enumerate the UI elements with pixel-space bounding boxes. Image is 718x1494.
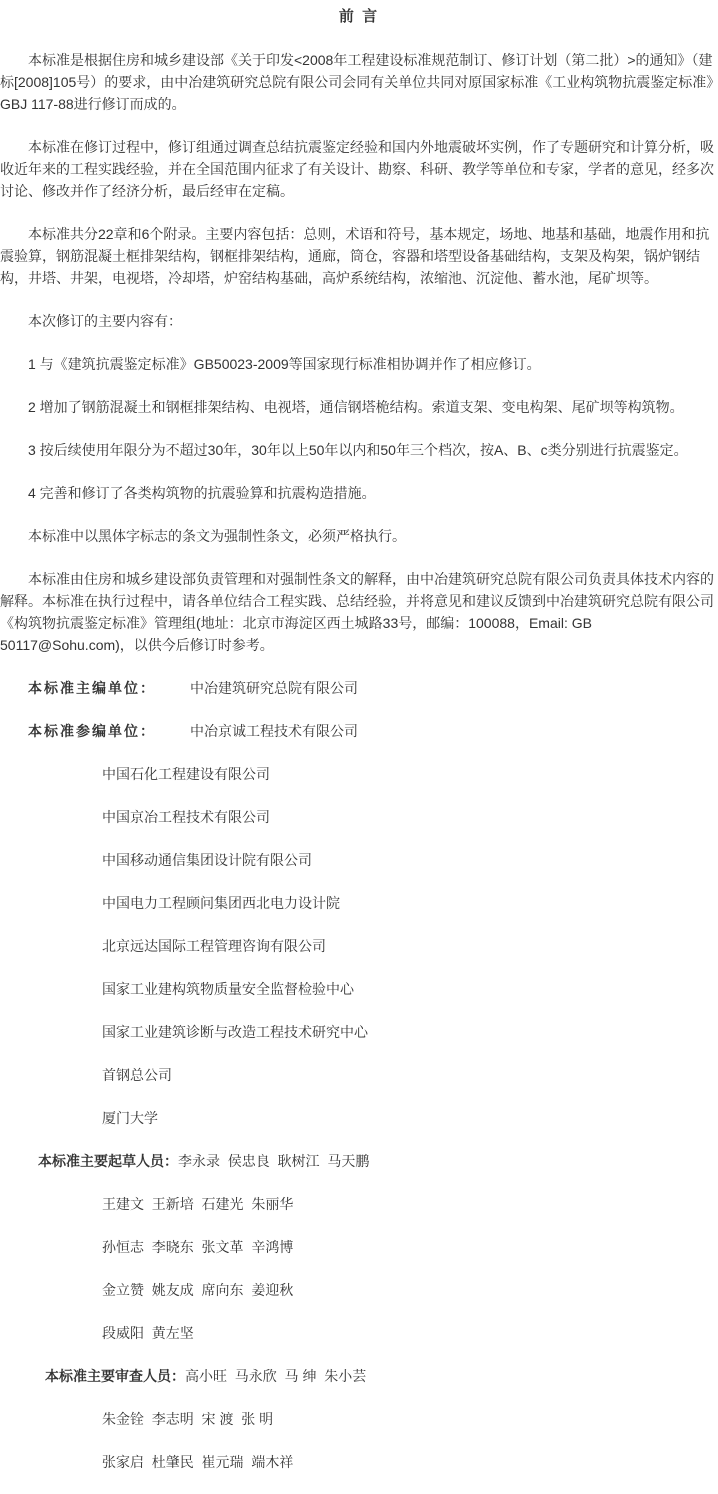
revision-heading: 本次修订的主要内容有： [0, 310, 718, 332]
revision-item: 2 增加了钢筋混凝土和钢框排架结构、电视塔，通信钢塔桅结构。索道支架、变电构架、… [0, 396, 718, 418]
co-editor-value: 中冶京诚工程技术有限公司 [190, 723, 358, 739]
participating-unit: 中国石化工程建设有限公司 [0, 763, 718, 785]
management-paragraph: 本标准由住房和城乡建设部负责管理和对强制性条文的解释，由中冶建筑研究总院有限公司… [0, 568, 718, 656]
participating-unit: 中国移动通信集团设计院有限公司 [0, 849, 718, 871]
intro-paragraph: 本标准是根据住房和城乡建设部《关于印发<2008年工程建设标准规范制订、修订计划… [0, 49, 718, 115]
revision-item: 3 按后续使用年限分为不超过30年，30年以上50年以内和50年三个档次，按A、… [0, 439, 718, 461]
drafters-names-row: 孙恒志 李晓东 张文革 辛鸿博 [0, 1236, 718, 1258]
reviewers-label: 本标准主要审查人员： [45, 1368, 185, 1384]
revision-item: 4 完善和修订了各类构筑物的抗震验算和抗震构造措施。 [0, 482, 718, 504]
participating-unit: 中国电力工程顾问集团西北电力设计院 [0, 892, 718, 914]
participating-unit: 国家工业建构筑物质量安全监督检验中心 [0, 978, 718, 1000]
drafters-names-row: 金立赞 姚友成 席向东 姜迎秋 [0, 1279, 718, 1301]
intro-paragraph: 本标准共分22章和6个附录。主要内容包括：总则，术语和符号，基本规定，场地、地基… [0, 223, 718, 289]
chief-editor-label: 本标准主编单位： [28, 680, 156, 696]
mandatory-clause-note: 本标准中以黑体字标志的条文为强制性条文，必须严格执行。 [0, 525, 718, 547]
chief-editor-line: 本标准主编单位：中冶建筑研究总院有限公司 [0, 677, 718, 699]
co-editor-line: 本标准参编单位：中冶京诚工程技术有限公司 [0, 720, 718, 742]
drafters-first-names: 李永录 侯忠良 耿树江 马天鹏 [178, 1153, 369, 1169]
co-editor-label: 本标准参编单位： [28, 723, 156, 739]
participating-unit: 国家工业建筑诊断与改造工程技术研究中心 [0, 1021, 718, 1043]
reviewers-names-row: 张家启 杜肇民 崔元瑞 端木祥 [0, 1451, 718, 1473]
reviewers-first-names: 高小旺 马永欣 马 绅 朱小芸 [185, 1368, 366, 1384]
drafters-names-row: 段威阳 黄左坚 [0, 1322, 718, 1344]
participating-unit: 厦门大学 [0, 1107, 718, 1129]
page-title: 前 言 [0, 8, 718, 26]
drafters-heading-line: 本标准主要起草人员：李永录 侯忠良 耿树江 马天鹏 [0, 1150, 718, 1172]
drafters-label: 本标准主要起草人员： [38, 1153, 178, 1169]
drafters-names-row: 王建文 王新培 石建光 朱丽华 [0, 1193, 718, 1215]
reviewers-names-row: 朱金铨 李志明 宋 渡 张 明 [0, 1408, 718, 1430]
participating-unit: 中国京冶工程技术有限公司 [0, 806, 718, 828]
chief-editor-value: 中冶建筑研究总院有限公司 [190, 680, 358, 696]
participating-unit: 首钢总公司 [0, 1064, 718, 1086]
revision-item: 1 与《建筑抗震鉴定标准》GB50023-2009等国家现行标准相协调并作了相应… [0, 353, 718, 375]
reviewers-heading-line: 本标准主要审查人员：高小旺 马永欣 马 绅 朱小芸 [0, 1365, 718, 1387]
participating-unit: 北京远达国际工程管理咨询有限公司 [0, 935, 718, 957]
intro-paragraph: 本标准在修订过程中，修订组通过调查总结抗震鉴定经验和国内外地震破坏实例，作了专题… [0, 136, 718, 202]
preface-document: 前 言 本标准是根据住房和城乡建设部《关于印发<2008年工程建设标准规范制订、… [0, 8, 718, 1473]
